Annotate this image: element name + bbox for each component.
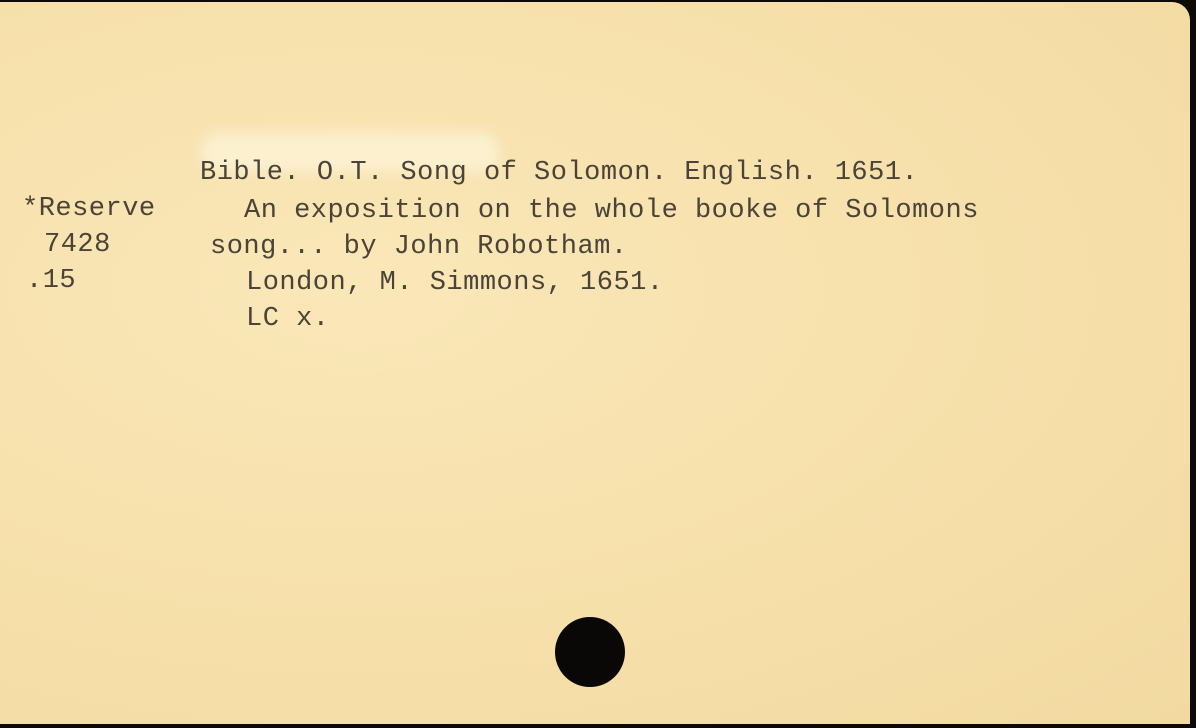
catalog-card: *Reserve 7428 .15 Bible. O.T. Song of So… bbox=[0, 2, 1190, 724]
title-line-1: An exposition on the whole booke of Solo… bbox=[244, 196, 979, 226]
subject-heading: Bible. O.T. Song of Solomon. English. 16… bbox=[200, 158, 918, 188]
title-line-2: song... by John Robotham. bbox=[210, 232, 628, 262]
punch-hole bbox=[555, 617, 625, 687]
call-number-line-1: *Reserve bbox=[22, 194, 156, 224]
imprint: London, M. Simmons, 1651. bbox=[246, 268, 664, 298]
note: LC x. bbox=[246, 304, 330, 334]
call-number-line-3: .15 bbox=[26, 266, 76, 296]
call-number-line-2: 7428 bbox=[44, 230, 111, 260]
